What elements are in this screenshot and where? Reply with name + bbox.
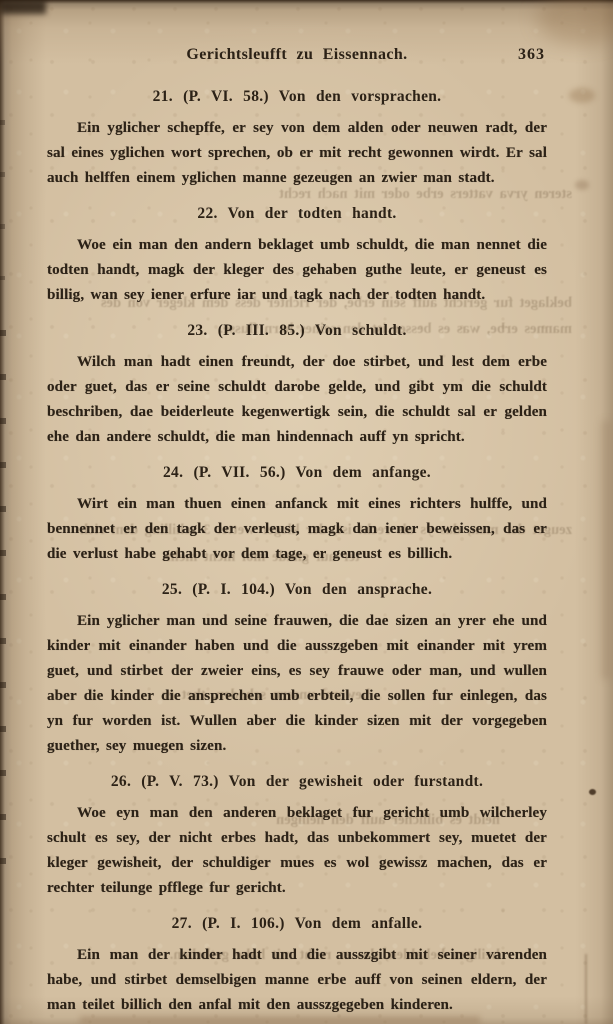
section-paragraph: Wilch man hadt einen freundt, der doe st… <box>47 350 547 450</box>
running-header: Gerichtsleufft zu Eissennach. 363 <box>47 0 547 64</box>
gutter-marks <box>0 330 6 890</box>
section-heading: 26. (P. V. 73.) Von der gewisheit oder f… <box>47 773 547 791</box>
section-heading: 24. (P. VII. 56.) Von dem anfange. <box>47 464 547 482</box>
section-heading: 27. (P. I. 106.) Von dem anfalle. <box>47 915 547 933</box>
section-23: 23. (P. III. 85.) Von schuldt. Wilch man… <box>47 322 547 450</box>
section-24: 24. (P. VII. 56.) Von dem anfange. Wirt … <box>47 464 547 567</box>
page-crease <box>585 954 587 1024</box>
section-21: 21. (P. VI. 58.) Von den vorsprachen. Ei… <box>47 88 547 191</box>
gutter-marks <box>0 120 5 280</box>
running-title: Gerichtsleufft zu Eissennach. <box>186 46 407 63</box>
section-paragraph: Ein yglicher man und seine frauwen, die … <box>47 609 547 759</box>
section-paragraph: Ein yglicher schepffe, er sey von dem al… <box>47 116 547 191</box>
page-edge-shadow <box>0 0 46 14</box>
page-edge-shading <box>601 420 611 680</box>
scanned-book-page: steren yrva vatters erbe oder mit nach r… <box>0 0 613 1024</box>
section-22: 22. Von der todten handt. Woe ein man de… <box>47 205 547 308</box>
paper-stain <box>569 88 595 103</box>
section-paragraph: Woe ein man den andern beklaget umb schu… <box>47 233 547 308</box>
page-content: Gerichtsleufft zu Eissennach. 363 21. (P… <box>47 0 547 1018</box>
section-25: 25. (P. I. 104.) Von den ansprache. Ein … <box>47 581 547 759</box>
section-paragraph: Woe eyn man den anderen beklaget fur ger… <box>47 801 547 901</box>
section-paragraph: Wirt ein man thuen einen anfanck mit ein… <box>47 492 547 567</box>
section-heading: 23. (P. III. 85.) Von schuldt. <box>47 322 547 340</box>
page-number: 363 <box>518 46 545 64</box>
ink-spot <box>589 789 596 795</box>
section-paragraph: Ein man der kinder hadt und die ausszgib… <box>47 943 547 1018</box>
paper-stain <box>575 180 589 190</box>
section-heading: 22. Von der todten handt. <box>47 205 547 223</box>
paper-stain <box>537 0 613 44</box>
section-26: 26. (P. V. 73.) Von der gewisheit oder f… <box>47 773 547 901</box>
section-heading: 21. (P. VI. 58.) Von den vorsprachen. <box>47 88 547 106</box>
section-27: 27. (P. I. 106.) Von dem anfalle. Ein ma… <box>47 915 547 1018</box>
section-heading: 25. (P. I. 104.) Von den ansprache. <box>47 581 547 599</box>
